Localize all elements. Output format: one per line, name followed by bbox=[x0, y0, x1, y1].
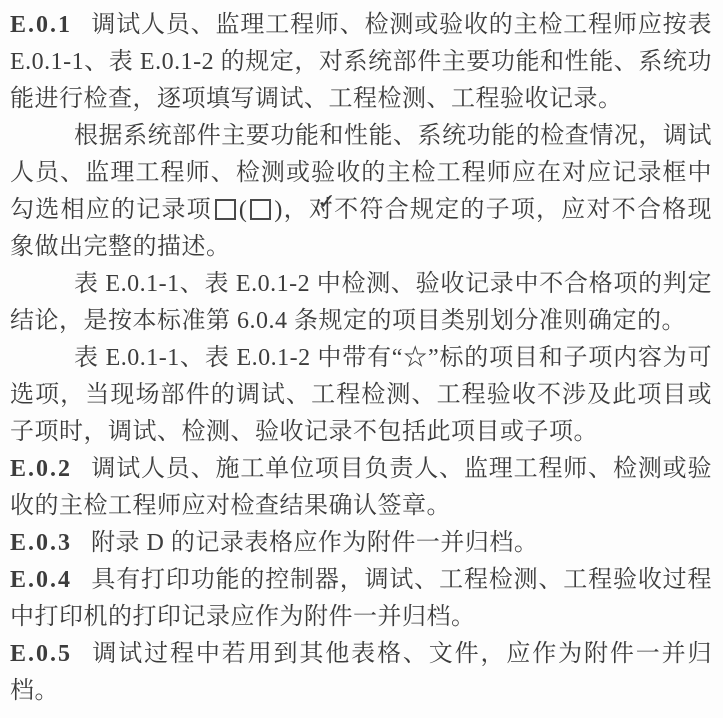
clause-e-0-2: E.0.2调试人员、施工单位项目负责人、监理工程师、检测或验收的主检工程师应对检… bbox=[10, 451, 712, 525]
clause-number: E.0.1 bbox=[10, 12, 72, 38]
empty-checkbox-icon bbox=[215, 199, 236, 220]
clause-number: E.0.3 bbox=[10, 530, 72, 556]
paragraph-record-checkboxes: 根据系统部件主要功能和性能、系统功能的检查情况，调试人员、监理工程师、检测或验收… bbox=[10, 118, 712, 266]
clause-e-0-3: E.0.3附录 D 的记录表格应作为附件一并归档。 bbox=[10, 525, 712, 562]
checked-checkbox-icon: ✓ bbox=[250, 199, 271, 220]
clause-number: E.0.4 bbox=[10, 567, 72, 593]
clause-e-0-4: E.0.4具有打印功能的控制器，调试、工程检测、工程验收过程中打印机的打印记录应… bbox=[10, 562, 712, 636]
clause-number: E.0.2 bbox=[10, 456, 72, 482]
open-paren: ( bbox=[239, 197, 248, 223]
clause-text: 调试人员、监理工程师、检测或验收的主检工程师应按表 E.0.1-1、表 E.0.… bbox=[10, 12, 712, 112]
clause-e-0-1: E.0.1调试人员、监理工程师、检测或验收的主检工程师应按表 E.0.1-1、表… bbox=[10, 7, 712, 118]
paragraph-judgement-rule: 表 E.0.1-1、表 E.0.1-2 中检测、验收记录中不合格项的判定结论，是… bbox=[10, 266, 712, 340]
clause-e-0-5: E.0.5调试过程中若用到其他表格、文件，应作为附件一并归档。 bbox=[10, 636, 712, 710]
clause-text: 调试过程中若用到其他表格、文件，应作为附件一并归档。 bbox=[10, 641, 712, 704]
clause-text: 具有打印功能的控制器，调试、工程检测、工程验收过程中打印机的打印记录应作为附件一… bbox=[10, 567, 712, 630]
clause-text: 附录 D 的记录表格应作为附件一并归档。 bbox=[91, 530, 538, 556]
scanned-standard-page: E.0.1调试人员、监理工程师、检测或验收的主检工程师应按表 E.0.1-1、表… bbox=[0, 0, 723, 718]
clause-number: E.0.5 bbox=[10, 641, 72, 667]
check-mark-icon: ✓ bbox=[253, 188, 335, 218]
paragraph-optional-items: 表 E.0.1-1、表 E.0.1-2 中带有“☆”标的项目和子项内容为可选项，… bbox=[10, 340, 712, 451]
clause-text: 调试人员、施工单位项目负责人、监理工程师、检测或验收的主检工程师应对检查结果确认… bbox=[10, 456, 712, 519]
